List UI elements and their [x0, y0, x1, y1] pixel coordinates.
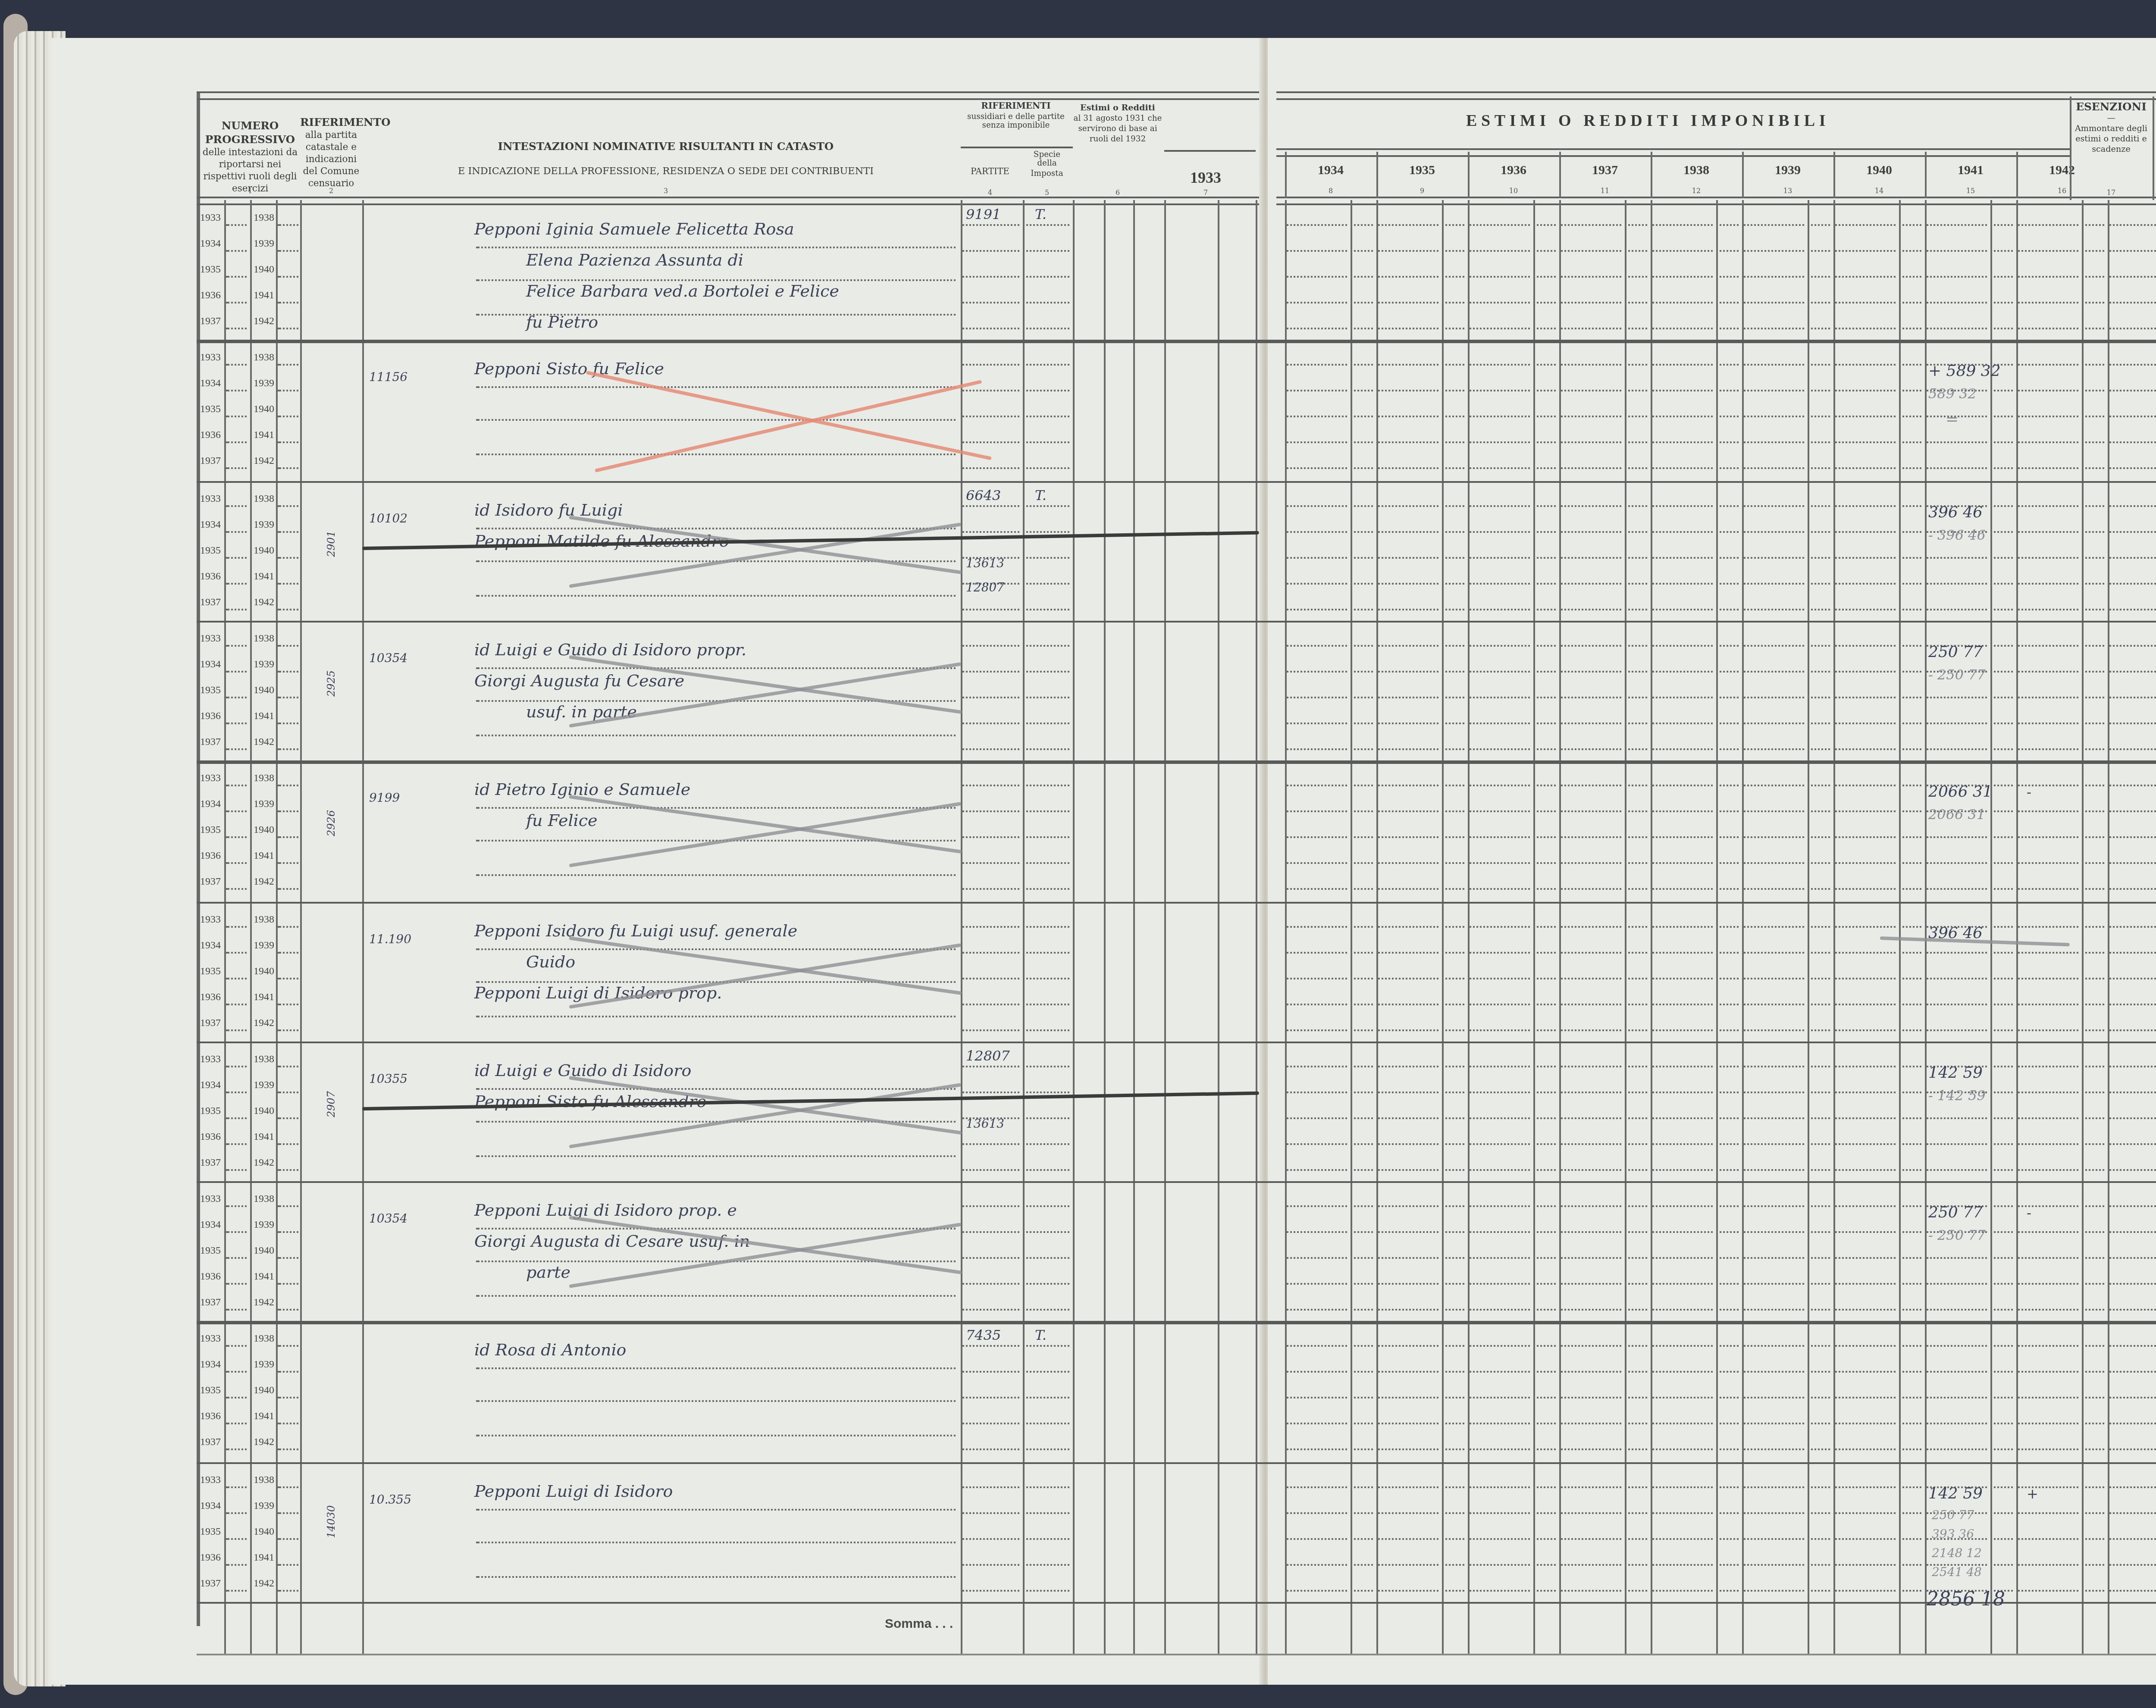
dotted-rule — [1559, 811, 1621, 813]
dotted-rule — [1990, 1117, 2013, 1119]
dotted-rule — [1716, 276, 1739, 278]
dotted-rule — [1990, 1065, 2013, 1067]
dotted-rule — [1533, 416, 1556, 418]
partite-value: 7435 — [966, 1329, 1001, 1344]
dotted-rule — [1023, 785, 1069, 787]
year-label: 1940 — [254, 967, 274, 977]
dotted-rule — [1808, 671, 1830, 673]
dotted-rule — [1808, 276, 1830, 278]
dotted-rule — [226, 1117, 247, 1119]
dotted-rule — [2016, 723, 2078, 724]
dotted-rule — [1651, 582, 1713, 584]
year-label: 1941 — [254, 852, 274, 863]
dotted-rule — [1651, 645, 1713, 647]
dotted-rule — [278, 1257, 298, 1259]
estimo-1941-value: 396 46 — [1928, 504, 1983, 522]
dotted-rule — [1468, 390, 1530, 392]
dotted-rule — [1285, 697, 1347, 698]
dotted-rule — [2016, 1065, 2078, 1067]
dotted-rule — [1990, 1346, 2013, 1348]
dotted-rule — [1833, 1143, 1896, 1145]
dotted-rule — [1990, 1449, 2013, 1451]
dotted-rule — [1351, 1309, 1373, 1311]
dotted-rule — [1533, 1257, 1556, 1259]
partita-reference: 10354 — [369, 1212, 407, 1226]
dotted-rule — [1023, 1231, 1069, 1233]
dotted-rule — [2108, 1449, 2156, 1451]
dotted-rule — [1351, 224, 1373, 226]
dotted-rule — [1023, 302, 1069, 303]
dotted-rule — [1742, 748, 1804, 750]
dotted-rule — [961, 1449, 1019, 1451]
dotted-rule — [1742, 811, 1804, 813]
dotted-rule — [1808, 1117, 1830, 1119]
dotted-rule — [278, 556, 298, 558]
dotted-rule — [1625, 1003, 1647, 1004]
taxpayer-name-line: Pepponi Iginia Samuele Felicetta Rosa — [474, 221, 794, 240]
dotted-rule — [2108, 1065, 2156, 1067]
dotted-rule — [2082, 1283, 2104, 1285]
header-riferimento: RIFERIMENTOalla partita catastale e indi… — [300, 117, 362, 191]
dotted-rule — [961, 468, 1019, 469]
dotted-rule — [476, 1088, 956, 1089]
dotted-rule — [1716, 1309, 1739, 1311]
header-year-1938: 1938 — [1651, 162, 1742, 178]
partite-value: 9191 — [966, 207, 1001, 222]
year-label: 1942 — [254, 878, 274, 888]
dotted-rule — [2016, 951, 2078, 953]
rule-sub-1933 — [1164, 150, 1256, 152]
dotted-rule — [1023, 1143, 1069, 1145]
dotted-rule — [1833, 582, 1896, 584]
dotted-rule — [1990, 697, 2013, 698]
dotted-rule — [1351, 276, 1373, 278]
dotted-rule — [1925, 1423, 1987, 1425]
dotted-rule — [1808, 416, 1830, 418]
grid-column-line — [276, 200, 278, 1654]
dotted-rule — [2016, 1143, 2078, 1145]
dotted-rule — [2016, 1372, 2078, 1373]
dotted-rule — [1023, 888, 1069, 890]
dotted-rule — [226, 1205, 247, 1207]
dotted-rule — [476, 735, 956, 736]
dotted-rule — [1833, 1205, 1896, 1207]
dotted-rule — [2082, 888, 2104, 890]
dotted-rule — [1533, 250, 1556, 252]
dotted-rule — [1742, 645, 1804, 647]
dotted-rule — [1716, 364, 1739, 366]
dotted-rule — [226, 302, 247, 303]
dotted-rule — [1742, 1564, 1804, 1565]
dotted-rule — [1376, 977, 1438, 979]
dotted-rule — [1990, 1538, 2013, 1539]
dotted-rule — [1442, 1169, 1464, 1170]
frame-left — [197, 91, 199, 1626]
dotted-rule — [1533, 1372, 1556, 1373]
dotted-rule — [961, 1283, 1019, 1285]
dotted-rule — [1808, 1346, 1830, 1348]
rule-sub-riferimenti — [961, 147, 1073, 149]
dotted-rule — [1925, 1309, 1987, 1311]
year-label: 1941 — [254, 572, 274, 582]
dotted-rule — [278, 1283, 298, 1285]
dotted-rule — [1533, 1065, 1556, 1067]
dotted-rule — [1651, 1512, 1713, 1514]
dotted-rule — [1899, 504, 1921, 506]
dotted-rule — [1559, 250, 1621, 252]
partita-reference: 10354 — [369, 652, 407, 666]
dotted-rule — [1533, 1283, 1556, 1285]
dotted-rule — [1285, 1169, 1347, 1170]
dotted-rule — [1716, 811, 1739, 813]
dotted-rule — [1651, 748, 1713, 750]
dotted-rule — [1559, 1564, 1621, 1565]
dotted-rule — [1716, 1091, 1739, 1093]
comune-reference: 2907 — [326, 1091, 338, 1117]
dotted-rule — [1651, 977, 1713, 979]
dotted-rule — [1625, 1309, 1647, 1311]
dotted-rule — [1899, 785, 1921, 787]
dotted-rule — [226, 977, 247, 979]
dotted-rule — [1559, 1169, 1621, 1170]
dotted-rule — [1833, 364, 1896, 366]
dotted-rule — [1625, 1423, 1647, 1425]
dotted-rule — [1625, 1205, 1647, 1207]
dotted-rule — [1625, 863, 1647, 864]
dotted-rule — [278, 608, 298, 610]
dotted-rule — [1351, 1169, 1373, 1170]
estimo-note: = — [1946, 413, 1959, 430]
dotted-rule — [2108, 468, 2156, 469]
dotted-rule — [1716, 390, 1739, 392]
dotted-rule — [1376, 1346, 1438, 1348]
year-label: 1937 — [200, 1018, 221, 1029]
grid-column-line — [1990, 200, 1992, 1654]
dotted-rule — [1351, 697, 1373, 698]
dotted-rule — [1833, 977, 1896, 979]
dotted-rule — [1351, 390, 1373, 392]
dotted-rule — [1833, 888, 1896, 890]
year-label: 1934 — [200, 1221, 221, 1231]
dotted-rule — [1559, 1231, 1621, 1233]
dotted-rule — [1468, 645, 1530, 647]
dotted-rule — [1651, 1346, 1713, 1348]
dotted-rule — [1442, 811, 1464, 813]
dotted-rule — [1833, 390, 1896, 392]
dotted-rule — [1808, 1449, 1830, 1451]
dotted-rule — [1716, 468, 1739, 469]
taxpayer-name-line: usuf. in parte — [526, 704, 637, 723]
year-label: 1938 — [254, 1336, 274, 1346]
dotted-rule — [2082, 1231, 2104, 1233]
dotted-rule — [961, 1486, 1019, 1488]
partita-reference: 11156 — [369, 371, 407, 385]
dotted-rule — [1899, 250, 1921, 252]
dotted-rule — [1833, 697, 1896, 698]
dotted-rule — [1023, 837, 1069, 838]
dotted-rule — [1442, 1309, 1464, 1311]
dotted-rule — [1899, 1231, 1921, 1233]
dotted-rule — [1625, 364, 1647, 366]
year-label: 1942 — [254, 1298, 274, 1309]
dotted-rule — [2082, 1117, 2104, 1119]
year-label: 1938 — [254, 354, 274, 364]
dotted-rule — [226, 1449, 247, 1451]
header-bottom-left — [197, 197, 1259, 205]
dotted-rule — [1899, 1512, 1921, 1514]
dotted-rule — [1468, 951, 1530, 953]
dotted-rule — [1442, 977, 1464, 979]
dotted-rule — [1742, 951, 1804, 953]
dotted-rule — [1442, 302, 1464, 303]
dotted-rule — [1442, 364, 1464, 366]
dotted-rule — [1442, 1257, 1464, 1259]
dotted-rule — [476, 1576, 956, 1577]
dotted-rule — [1376, 1091, 1438, 1093]
dotted-rule — [1023, 468, 1069, 469]
dotted-rule — [1899, 328, 1921, 329]
dotted-rule — [1899, 1143, 1921, 1145]
dotted-rule — [1625, 416, 1647, 418]
dotted-rule — [226, 608, 247, 610]
dotted-rule — [2082, 1309, 2104, 1311]
dotted-rule — [1990, 645, 2013, 647]
dotted-rule — [1625, 224, 1647, 226]
dotted-rule — [1625, 697, 1647, 698]
dotted-rule — [1742, 1486, 1804, 1488]
year-label: 1934 — [200, 1361, 221, 1372]
dotted-rule — [1533, 224, 1556, 226]
dotted-rule — [1376, 697, 1438, 698]
estimo-calculation: 2148 12 — [1932, 1546, 1982, 1560]
year-label: 1940 — [254, 406, 274, 416]
year-label: 1935 — [200, 826, 221, 837]
header-year-1935: 1935 — [1376, 162, 1468, 178]
dotted-rule — [961, 811, 1019, 813]
estimo-1941-value: 250 77 — [1928, 1205, 1983, 1223]
dotted-rule — [1285, 1231, 1347, 1233]
dotted-rule — [1990, 1564, 2013, 1565]
estimo-calculation: 250 77 — [1932, 1508, 1974, 1522]
header-year-1941: 1941 — [1925, 162, 2016, 178]
year-label: 1942 — [254, 1579, 274, 1589]
year-label: 1941 — [254, 992, 274, 1003]
dotted-rule — [1023, 1257, 1069, 1259]
year-label: 1937 — [200, 1439, 221, 1449]
dotted-rule — [1833, 442, 1896, 444]
dotted-rule — [1285, 390, 1347, 392]
dotted-rule — [1742, 1231, 1804, 1233]
dotted-rule — [1442, 1398, 1464, 1399]
dotted-rule — [1716, 723, 1739, 724]
dotted-rule — [1533, 671, 1556, 673]
dotted-rule — [1442, 1372, 1464, 1373]
dotted-rule — [1376, 390, 1438, 392]
dotted-rule — [1899, 1486, 1921, 1488]
dotted-rule — [1351, 364, 1373, 366]
dotted-rule — [2082, 1257, 2104, 1259]
dotted-rule — [1651, 364, 1713, 366]
dotted-rule — [1625, 468, 1647, 469]
year-label: 1942 — [254, 1158, 274, 1169]
dotted-rule — [1468, 837, 1530, 838]
dotted-rule — [2082, 1029, 2104, 1030]
dotted-rule — [1925, 224, 1987, 226]
dotted-rule — [1351, 416, 1373, 418]
dotted-rule — [1468, 468, 1530, 469]
dotted-rule — [961, 224, 1019, 226]
dotted-rule — [278, 1564, 298, 1565]
dotted-rule — [1990, 1029, 2013, 1030]
dotted-rule — [1716, 697, 1739, 698]
dotted-rule — [226, 863, 247, 864]
dotted-rule — [1533, 837, 1556, 838]
dotted-rule — [2016, 416, 2078, 418]
dotted-rule — [1533, 888, 1556, 890]
dotted-rule — [2016, 1423, 2078, 1425]
dotted-rule — [2108, 977, 2156, 979]
dotted-rule — [1651, 1398, 1713, 1399]
dotted-rule — [1285, 1512, 1347, 1514]
dotted-rule — [1533, 925, 1556, 927]
dotted-rule — [1468, 1538, 1530, 1539]
dotted-rule — [2082, 390, 2104, 392]
dotted-rule — [1742, 442, 1804, 444]
dotted-rule — [1351, 328, 1373, 329]
dotted-rule — [1285, 530, 1347, 532]
dotted-rule — [1925, 582, 1987, 584]
grid-column-line — [1559, 200, 1561, 1654]
year-label: 1933 — [200, 214, 221, 224]
dotted-rule — [226, 556, 247, 558]
estimo-calculation: 393 36 — [1932, 1527, 1974, 1541]
dotted-rule — [1533, 951, 1556, 953]
dotted-rule — [1559, 1143, 1621, 1145]
dotted-rule — [278, 748, 298, 750]
dotted-rule — [1833, 1029, 1896, 1030]
dotted-rule — [1559, 1589, 1621, 1591]
dotted-rule — [1651, 1449, 1713, 1451]
right-page — [1268, 38, 2156, 1685]
dotted-rule — [1376, 250, 1438, 252]
dotted-rule — [1442, 645, 1464, 647]
dotted-rule — [1023, 951, 1069, 953]
dotted-rule — [1651, 1169, 1713, 1170]
dotted-rule — [1023, 671, 1069, 673]
dotted-rule — [1533, 1205, 1556, 1207]
dotted-rule — [1742, 390, 1804, 392]
year-label: 1942 — [254, 1439, 274, 1449]
comune-reference: 14030 — [326, 1505, 338, 1537]
grid-column-line — [1351, 200, 1352, 1654]
dotted-rule — [1468, 442, 1530, 444]
dotted-rule — [476, 454, 956, 456]
year-label: 1940 — [254, 266, 274, 276]
dotted-rule — [1285, 556, 1347, 558]
dotted-rule — [1351, 837, 1373, 838]
year-label: 1937 — [200, 317, 221, 328]
taxpayer-name-line: Pepponi Luigi di Isidoro — [474, 1483, 673, 1502]
dotted-rule — [1351, 608, 1373, 610]
dotted-rule — [2108, 1003, 2156, 1004]
dotted-rule — [1625, 1486, 1647, 1488]
partite-value: 13613 — [966, 1117, 1004, 1131]
dotted-rule — [1716, 645, 1739, 647]
dotted-rule — [1651, 302, 1713, 303]
dotted-rule — [226, 1257, 247, 1259]
estimo-1941-value: + 589 32 — [1928, 364, 2001, 382]
dotted-rule — [1285, 748, 1347, 750]
dotted-rule — [278, 1449, 298, 1451]
dotted-rule — [1468, 697, 1530, 698]
dotted-rule — [1285, 811, 1347, 813]
dotted-rule — [2082, 1538, 2104, 1539]
dotted-rule — [1808, 504, 1830, 506]
dotted-rule — [226, 468, 247, 469]
dotted-rule — [226, 328, 247, 329]
dotted-rule — [278, 837, 298, 838]
dotted-rule — [2082, 1372, 2104, 1373]
dotted-rule — [1990, 1003, 2013, 1004]
year-label: 1933 — [200, 915, 221, 925]
dotted-rule — [1716, 748, 1739, 750]
dotted-rule — [1899, 1169, 1921, 1170]
estimo-mark: + — [2027, 1486, 2038, 1502]
dotted-rule — [1351, 951, 1373, 953]
dotted-rule — [1899, 468, 1921, 469]
dotted-rule — [476, 1401, 956, 1403]
dotted-rule — [1559, 748, 1621, 750]
dotted-rule — [1899, 1283, 1921, 1285]
header-year-1934: 1934 — [1285, 162, 1376, 178]
dotted-rule — [2016, 276, 2078, 278]
dotted-rule — [1351, 977, 1373, 979]
dotted-rule — [1442, 1065, 1464, 1067]
dotted-rule — [1833, 1449, 1896, 1451]
dotted-rule — [1559, 328, 1621, 329]
dotted-rule — [1742, 977, 1804, 979]
year-label: 1937 — [200, 597, 221, 608]
year-label: 1939 — [254, 520, 274, 530]
dotted-rule — [1716, 1029, 1739, 1030]
dotted-rule — [1990, 951, 2013, 953]
dotted-rule — [1533, 1538, 1556, 1539]
header-partite: PARTITE — [961, 167, 1019, 179]
year-label: 1935 — [200, 266, 221, 276]
dotted-rule — [1376, 1512, 1438, 1514]
dotted-rule — [1376, 504, 1438, 506]
dotted-rule — [1351, 556, 1373, 558]
dotted-rule — [1833, 1372, 1896, 1373]
title-estimi-imponibili: ESTIMI O REDDITI IMPONIBILI — [1466, 114, 1830, 131]
dotted-rule — [1651, 468, 1713, 469]
dotted-rule — [1833, 1486, 1896, 1488]
year-label: 1939 — [254, 801, 274, 811]
year-label: 1940 — [254, 686, 274, 697]
dotted-rule — [1716, 1231, 1739, 1233]
dotted-rule — [2016, 504, 2078, 506]
dotted-rule — [1468, 1091, 1530, 1093]
dotted-rule — [961, 1003, 1019, 1004]
dotted-rule — [1285, 723, 1347, 724]
dotted-rule — [278, 811, 298, 813]
dotted-rule — [1468, 748, 1530, 750]
dotted-rule — [1376, 811, 1438, 813]
year-label: 1938 — [254, 915, 274, 925]
dotted-rule — [1990, 468, 2013, 469]
dotted-rule — [1559, 925, 1621, 927]
dotted-rule — [1808, 1512, 1830, 1514]
